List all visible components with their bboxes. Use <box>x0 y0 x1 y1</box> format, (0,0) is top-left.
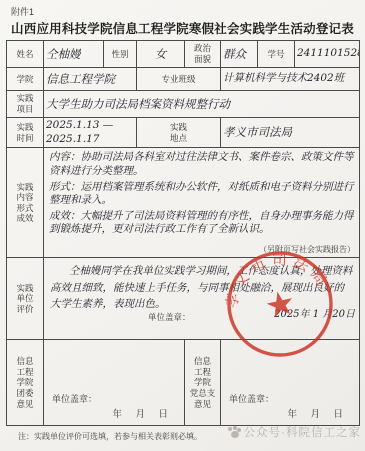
watermark-logo-icon <box>228 427 241 438</box>
major-class-label: 专业班级 <box>137 68 221 91</box>
party-branch-label: 信息 工程 学院 党总支 意见 <box>185 340 221 426</box>
political-status-value: 群众 <box>221 41 258 68</box>
content-line-3: 成效：大幅提升了司法局资料管理的有序性，自身办理事务能力得到锻炼提升，更对司法行… <box>49 210 354 237</box>
unit-seal-label: 单位盖章： <box>148 311 191 323</box>
row-unit-evaluation: 实践 单位 评价 仝柚嫚同学在我单位实践学习期间，工作态度认真，处理资料高效且细… <box>7 258 360 340</box>
practice-place-label: 实践 地点 <box>137 118 221 148</box>
name-value: 仝柚嫚 <box>44 41 104 68</box>
registration-form-page: 附件1 山西应用科技学院信息工程学院寒假社会实践学生活动登记表 姓名 仝柚嫚 性… <box>0 0 365 451</box>
practice-content-label: 实践 内容 形式 成效 <box>7 148 44 258</box>
page-title: 山西应用科技学院信息工程学院寒假社会实践学生活动登记表 <box>0 19 365 37</box>
major-class-value: 计算机科学与技术2402班 <box>221 68 360 91</box>
row-college: 学院 信息工程学院 专业班级 计算机科学与技术2402班 <box>7 68 360 91</box>
league-date-line: 年 月 日 <box>112 406 170 420</box>
party-seal-label: 单位盖章： <box>229 392 274 405</box>
content-line-2: 形式：运用档案管理系统和办公软件，对纸质和电子资料分别进行整理和录入。 <box>49 181 354 208</box>
row-college-opinions: 信息 工程 学院 团委 意见 单位盖章： 年 月 日 信息 工程 学院 党总支 … <box>7 340 360 426</box>
party-date-line: 年 月 日 <box>287 406 345 420</box>
unit-evaluation-text: 仝柚嫚同学在我单位实践学习期间，工作态度认真，处理资料高效且细致，能快速上手任务… <box>50 263 353 312</box>
unit-evaluation-cell: 仝柚嫚同学在我单位实践学习期间，工作态度认真，处理资料高效且细致，能快速上手任务… <box>44 258 360 340</box>
student-id-label: 学号 <box>258 41 295 68</box>
form-table: 姓名 仝柚嫚 性别 女 政治 面貌 群众 学号 2411101528 学院 信息… <box>6 40 360 426</box>
watermark-text: 公众号·科院信工之家 <box>244 424 361 440</box>
practice-content-cell: 内容：协助司法局各科室对过往法律文书、案件卷宗、政策文件等资料进行分类整理。 形… <box>44 148 360 258</box>
gender-label: 性别 <box>104 41 137 68</box>
practice-time-value: 2025.1.13 —2025.1.17 <box>44 118 137 148</box>
practice-place-value: 孝义市司法局 <box>221 118 360 148</box>
practice-time-label: 实践 时间 <box>7 118 44 148</box>
project-value: 大学生助力司法局档案资料规整行动 <box>44 91 360 118</box>
watermark: 公众号·科院信工之家 <box>228 424 361 440</box>
league-seal-label: 单位盖章： <box>52 392 97 405</box>
attached-report-note: （另附页写社会实践报告） <box>259 245 355 255</box>
project-label: 实践 项目 <box>7 91 44 118</box>
row-project: 实践 项目 大学生助力司法局档案资料规整行动 <box>7 91 360 118</box>
evaluation-date: 2025年 1 月20日 <box>274 308 355 321</box>
student-id-value: 2411101528 <box>295 41 360 68</box>
party-branch-cell: 单位盖章： 年 月 日 <box>221 340 360 426</box>
political-status-label: 政治 面貌 <box>185 41 221 68</box>
content-line-1: 内容：协助司法局各科室对过往法律文书、案件卷宗、政策文件等资料进行分类整理。 <box>49 151 354 178</box>
college-value: 信息工程学院 <box>44 68 137 91</box>
row-basic-info: 姓名 仝柚嫚 性别 女 政治 面貌 群众 学号 2411101528 <box>7 41 360 68</box>
row-time-place: 实践 时间 2025.1.13 —2025.1.17 实践 地点 孝义市司法局 <box>7 118 360 148</box>
name-label: 姓名 <box>7 41 44 68</box>
league-committee-label: 信息 工程 学院 团委 意见 <box>7 340 44 426</box>
footer-note: 注：实践单位评价可选填，若参与相关表彰则必填。 <box>18 431 202 442</box>
league-committee-cell: 单位盖章： 年 月 日 <box>44 340 185 426</box>
row-content: 实践 内容 形式 成效 内容：协助司法局各科室对过往法律文书、案件卷宗、政策文件… <box>7 148 360 258</box>
gender-value: 女 <box>137 41 185 68</box>
unit-evaluation-label: 实践 单位 评价 <box>7 258 44 340</box>
college-label: 学院 <box>7 68 44 91</box>
attachment-label: 附件1 <box>11 5 34 18</box>
